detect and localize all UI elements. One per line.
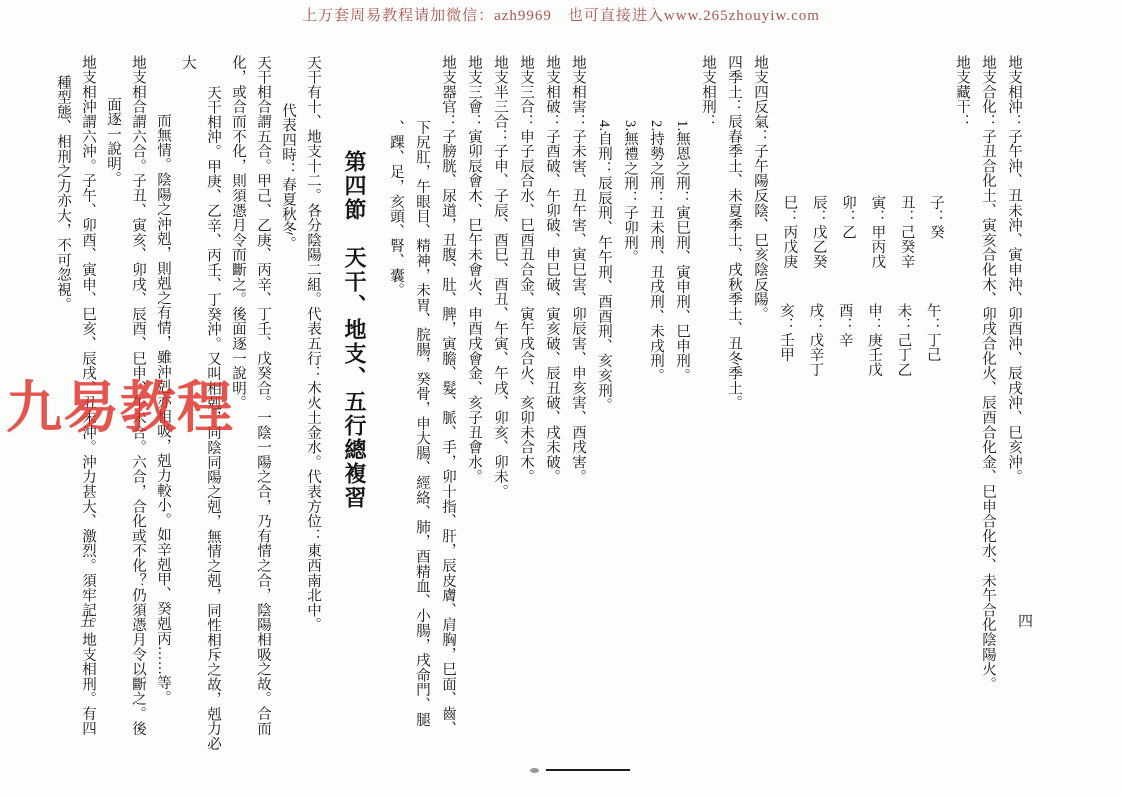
- text-column: 地支半三合：子申、子辰、酉巳、酉丑、午寅、午戌、卯亥、卯未。: [487, 55, 513, 760]
- section-title: 第四節 天干、地支、五行總複習: [337, 55, 371, 760]
- hidden-stems-pair: 卯：乙酉：辛: [832, 55, 861, 760]
- hidden-stems-pair: 子：癸午：丁己: [920, 55, 949, 760]
- watermark: 九易教程: [6, 364, 234, 444]
- hidden-stems-bottom: 亥：壬甲: [778, 303, 794, 362]
- hidden-stems-bottom: 申：庚壬戊: [866, 303, 882, 377]
- hidden-stems-top: 卯：乙: [835, 125, 861, 303]
- hidden-stems-bottom: 午：丁己: [925, 303, 941, 362]
- text-column: 地支相害：子未害、丑午害、寅巳害、卯辰害、申亥害、酉戌害。: [565, 55, 591, 760]
- text-column: 1.無恩之刑：寅巳刑、寅申刑、巳申刑。: [669, 55, 695, 760]
- page-number-left: 五: [80, 610, 95, 631]
- text-column: 地支合化：子丑合化土、寅亥合化木、卯戌合化火、辰酉合化金、巳申合化水、未午合化陰…: [975, 55, 1001, 760]
- text-column: 4.自刑：辰辰刑、午午刑、酉酉刑、亥亥刑。: [591, 55, 617, 760]
- hidden-stems-pair: 丑：己癸辛未：己丁乙: [890, 55, 919, 760]
- scan-artifact-line: [546, 769, 630, 771]
- hidden-stems-top: 巳：丙戊庚: [776, 125, 802, 303]
- text-column: 天干相合謂五合。甲己、乙庚、丙辛、丁壬、戊癸合。一陰一陽之合，乃有情之合，陰陽相…: [250, 55, 275, 760]
- text-column: 、踝、足，亥頭、腎、囊。: [383, 55, 409, 760]
- hidden-stems-pair: 寅：甲丙戊申：庚壬戊: [861, 55, 890, 760]
- hidden-stems-pair: 辰：戊乙癸戌：戊辛丁: [802, 55, 831, 760]
- text-column: 地支三會：寅卯辰會木、巳午未會火、申酉戌會金、亥子丑會水。: [461, 55, 487, 760]
- hidden-stems-top: 寅：甲丙戊: [864, 125, 890, 303]
- hidden-stems-pair: 巳：丙戊庚亥：壬甲: [773, 55, 802, 760]
- hidden-stems-bottom: 未：己丁乙: [895, 303, 911, 377]
- text-column: 地支器官：子膀胱、尿道，丑腹、肚、脾，寅膽、髮、脈、手，卯十指、肝，辰皮膚、肩胸…: [435, 55, 461, 760]
- text-column: 地支相刑：: [695, 55, 721, 760]
- hidden-stems-top: 丑：己癸辛: [894, 125, 920, 303]
- text-column: 地支相沖：子午沖、丑未沖、寅申沖、卯酉沖、辰戌沖、巳亥沖。: [1001, 55, 1027, 760]
- hidden-stems-bottom: 酉：辛: [837, 303, 853, 347]
- text-column: 四季土：辰春季土、未夏季土、戌秋季土、丑冬季土。: [721, 55, 747, 760]
- hidden-stems-label: 地支藏干：: [949, 55, 975, 760]
- text-column: 2.持勢之刑：丑未刑、丑戌刑、未戌刑。: [643, 55, 669, 760]
- text-column: 代表四時：春夏秋冬。: [275, 55, 300, 760]
- header-promo-text: 上万套周易教程请加微信：azh9969 也可直接进入www.265zhouyiw…: [0, 4, 1122, 25]
- text-column: 天干有十、地支十二。各分陰陽二組。代表五行：木火土金水。代表方位：東西南北中。: [300, 55, 325, 760]
- text-column: 3.無禮之刑：子卯刑。: [617, 55, 643, 760]
- scan-artifact-smudge: [530, 768, 539, 773]
- text-column: 地支四反氣：子午陽反陰、巳亥陰反陽。: [747, 55, 773, 760]
- text-column: 下尻肛，午眼目、精神，未胃、脘腸，癸骨，申大腸、經絡、肺，酉精血、小腸，戌命門、…: [409, 55, 435, 760]
- hidden-stems-top: 子：癸: [923, 125, 949, 303]
- text-column: 地支相破：子酉破、午卯破、申巳破、寅亥破、辰丑破、戌未破。: [539, 55, 565, 760]
- hidden-stems-bottom: 戌：戊辛丁: [807, 303, 823, 377]
- hidden-stems-top: 辰：戊乙癸: [806, 125, 832, 303]
- text-column: 地支三合：申子辰合水、巳酉丑合金、寅午戌合火、亥卯未合木。: [513, 55, 539, 760]
- page-number-right: 四: [1018, 610, 1033, 631]
